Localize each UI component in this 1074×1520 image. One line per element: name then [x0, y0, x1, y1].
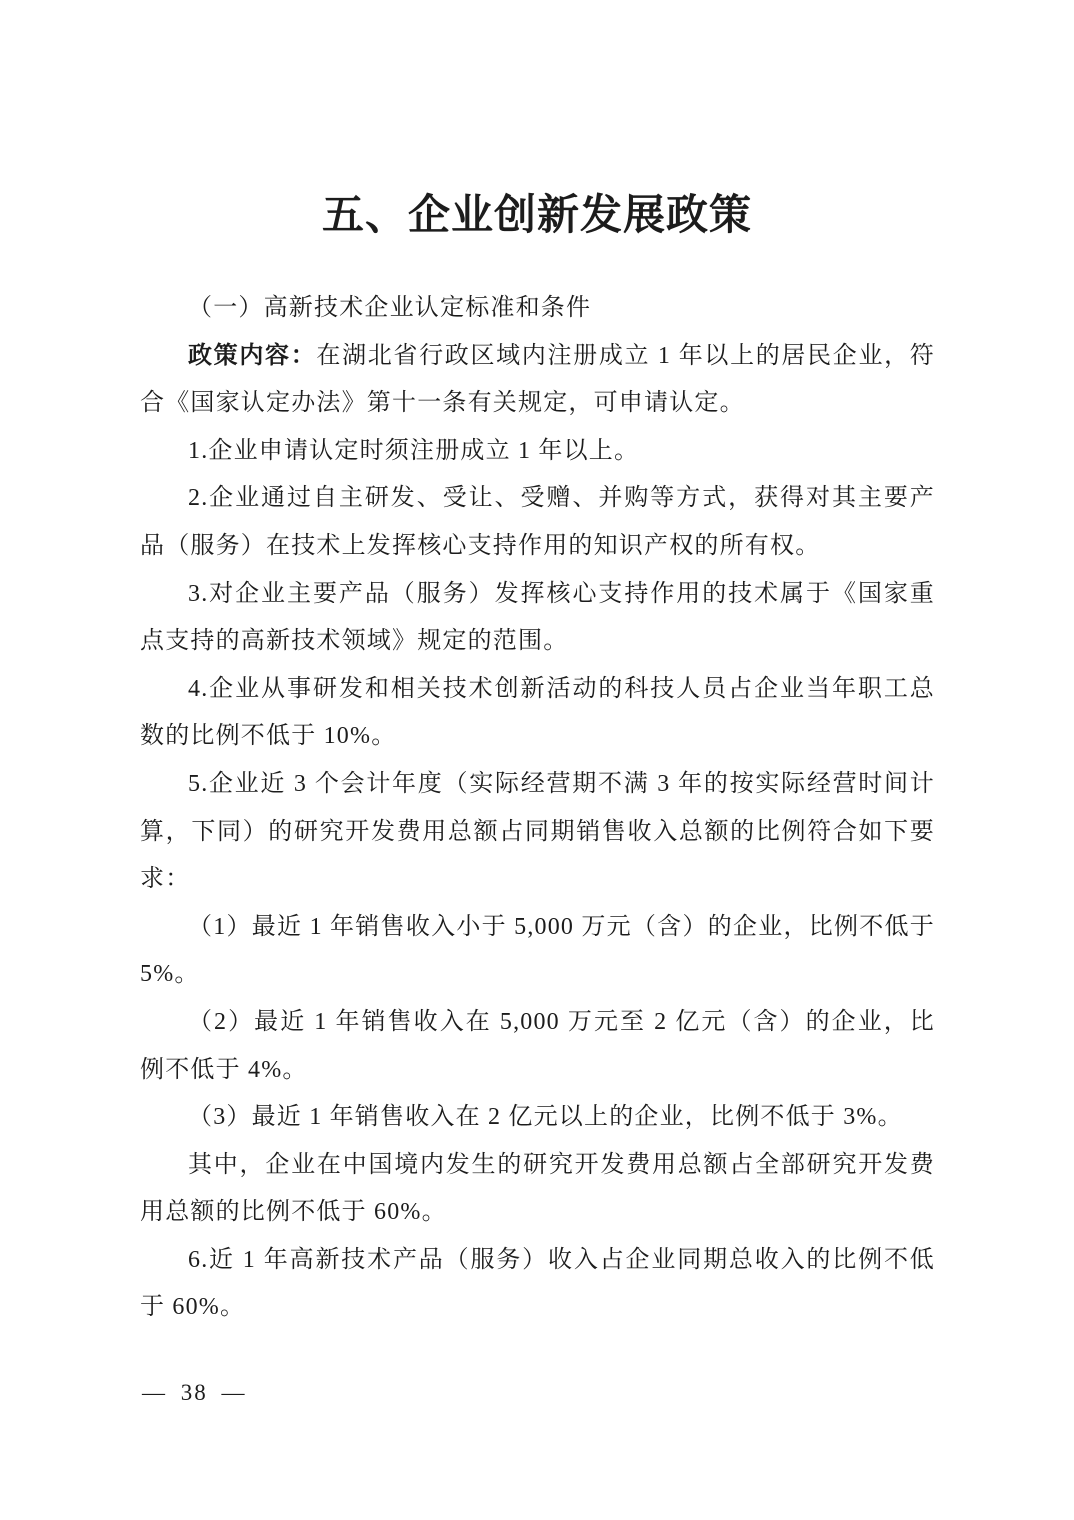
policy-item-2: 2.企业通过自主研发、受让、受赠、并购等方式，获得对其主要产品（服务）在技术上发… — [140, 475, 935, 570]
policy-item-5-sub-3: （3）最近 1 年销售收入在 2 亿元以上的企业，比例不低于 3%。 — [140, 1094, 935, 1142]
policy-item-5-note: 其中，企业在中国境内发生的研究开发费用总额占全部研究开发费用总额的比例不低于 6… — [140, 1142, 935, 1237]
policy-content-label: 政策内容： — [188, 343, 316, 369]
policy-item-5-sub-2: （2）最近 1 年销售收入在 5,000 万元至 2 亿元（含）的企业，比例不低… — [140, 999, 935, 1094]
policy-intro-paragraph: 政策内容：在湖北省行政区域内注册成立 1 年以上的居民企业，符合《国家认定办法》… — [140, 333, 935, 428]
policy-item-6: 6.近 1 年高新技术产品（服务）收入占企业同期总收入的比例不低于 60%。 — [140, 1237, 935, 1332]
policy-item-5-sub-1: （1）最近 1 年销售收入小于 5,000 万元（含）的企业，比例不低于 5%。 — [140, 904, 935, 999]
policy-item-3: 3.对企业主要产品（服务）发挥核心支持作用的技术属于《国家重点支持的高新技术领域… — [140, 571, 935, 666]
policy-item-1: 1.企业申请认定时须注册成立 1 年以上。 — [140, 428, 935, 476]
document-page: 五、企业创新发展政策 （一）高新技术企业认定标准和条件 政策内容：在湖北省行政区… — [0, 0, 1074, 1520]
document-body: （一）高新技术企业认定标准和条件 政策内容：在湖北省行政区域内注册成立 1 年以… — [140, 285, 935, 1332]
section-heading: （一）高新技术企业认定标准和条件 — [140, 285, 935, 333]
policy-item-4: 4.企业从事研发和相关技术创新活动的科技人员占企业当年职工总数的比例不低于 10… — [140, 666, 935, 761]
page-number: — 38 — — [142, 1380, 247, 1406]
document-title: 五、企业创新发展政策 — [0, 0, 1074, 242]
policy-item-5: 5.企业近 3 个会计年度（实际经营期不满 3 年的按实际经营时间计算，下同）的… — [140, 761, 935, 904]
